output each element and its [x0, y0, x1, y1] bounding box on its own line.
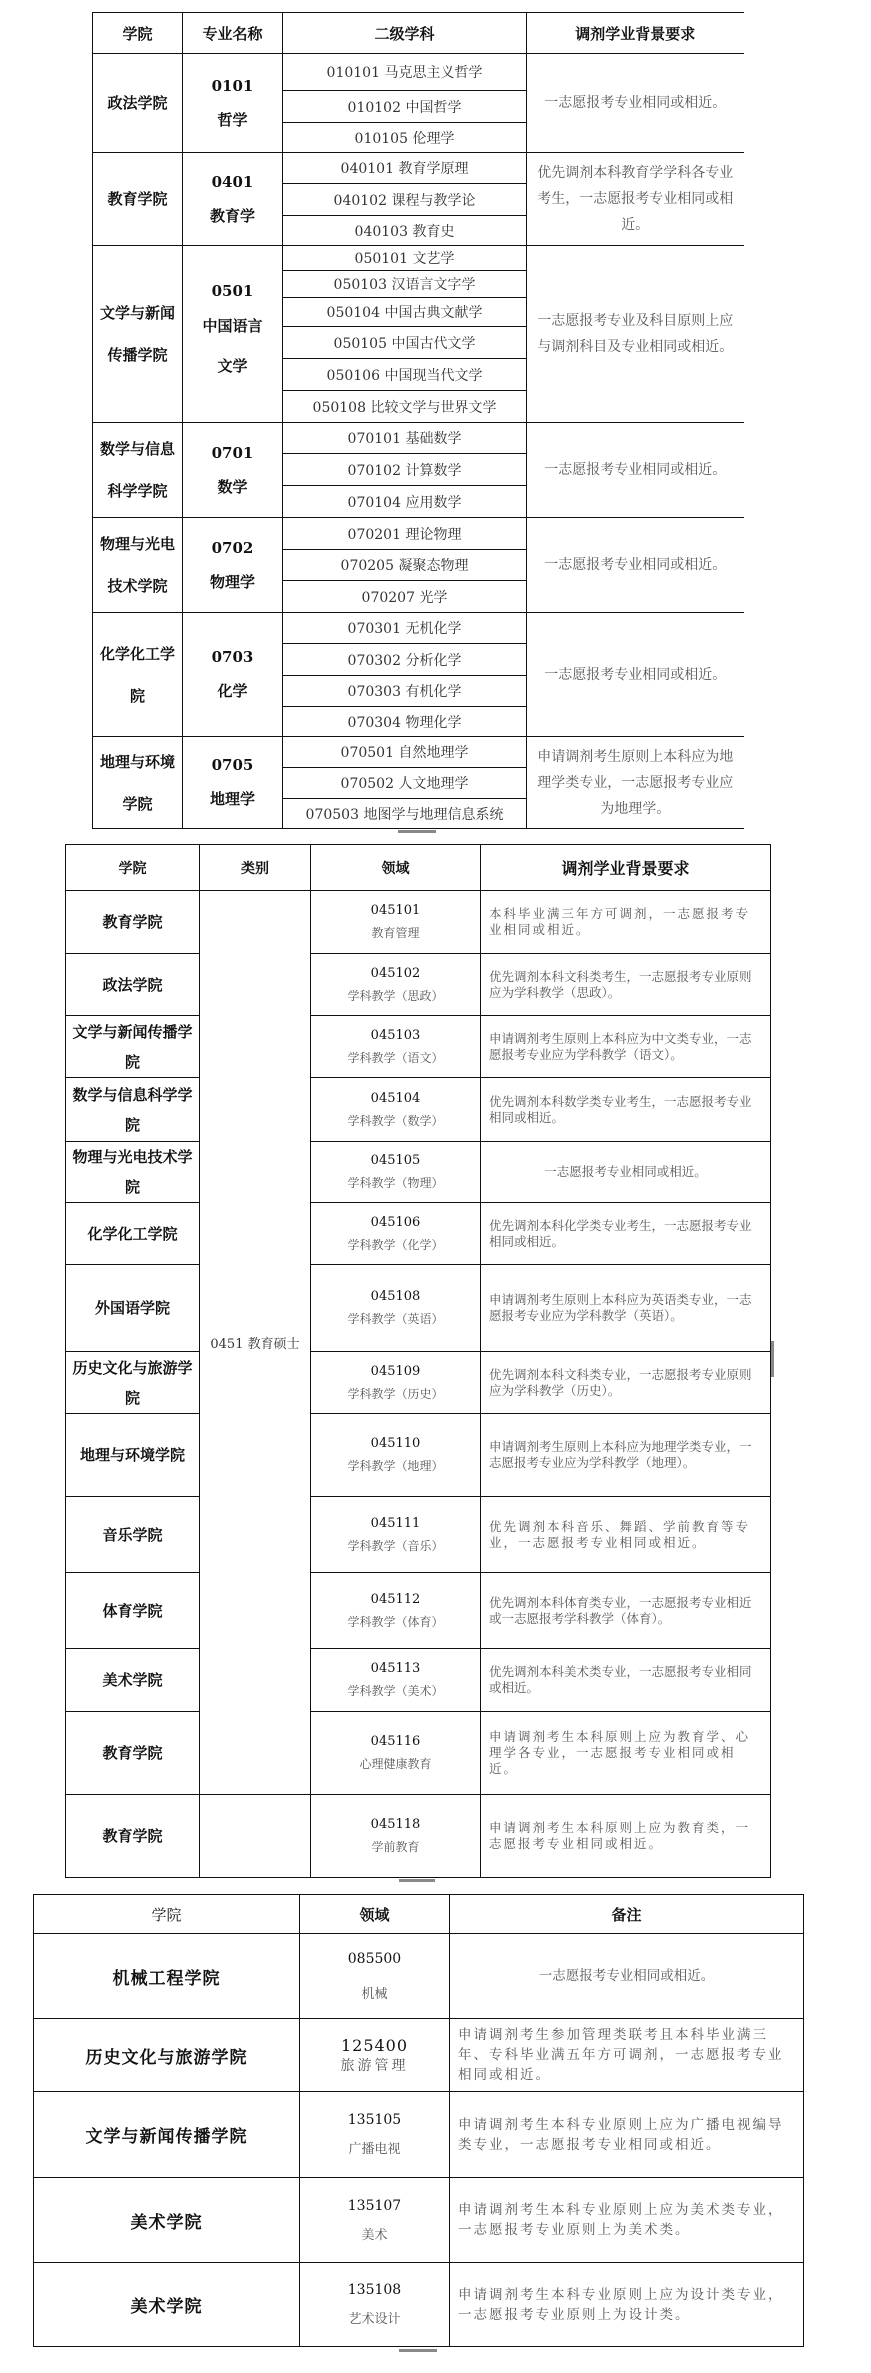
- requirement-cell: 一志愿报考专业相同或相近。: [527, 423, 744, 518]
- field-name: 学科教学（数学）: [311, 1112, 480, 1129]
- field-cell: 135105广播电视: [300, 2092, 450, 2178]
- field-cell: 045118学前教育: [311, 1795, 481, 1878]
- field-name: 学科教学（物理）: [311, 1174, 480, 1191]
- subdiscipline-cell: 070303 有机化学: [283, 676, 527, 707]
- subdiscipline-cell: 070503 地图学与地理信息系统: [283, 799, 527, 829]
- major-name: 中国语言文学: [183, 306, 282, 386]
- table-row: 政法学院 0101哲学 010101 马克思主义哲学 一志愿报考专业相同或相近。: [93, 54, 744, 91]
- college-cell: 教育学院: [93, 153, 183, 246]
- table-row: 地理与环境学院 045110学科教学（地理） 申请调剂考生原则上本科应为地理学类…: [66, 1414, 771, 1497]
- professional-master-table: 学院 领域 备注 机械工程学院 085500机械 一志愿报考专业相同或相近。 历…: [33, 1894, 804, 2347]
- field-name: 学科教学（化学）: [311, 1236, 480, 1253]
- requirement-cell: 优先调剂本科数学类专业考生，一志愿报考专业相同或相近。: [481, 1078, 771, 1142]
- header-major: 专业名称: [183, 13, 283, 54]
- note-cell: 申请调剂考生参加管理类联考且本科毕业满三年、专科毕业满五年方可调剂，一志愿报考专…: [450, 2019, 804, 2092]
- field-cell: 045111学科教学（音乐）: [311, 1497, 481, 1573]
- page-break-marker: [398, 830, 436, 833]
- subdiscipline-cell: 040102 课程与教学论: [283, 184, 527, 216]
- college-cell: 政法学院: [93, 54, 183, 153]
- table-row: 外国语学院 045108学科教学（英语） 申请调剂考生原则上本科应为英语类专业，…: [66, 1265, 771, 1352]
- table-row: 美术学院 045113学科教学（美术） 优先调剂本科美术类专业，一志愿报考专业相…: [66, 1649, 771, 1712]
- subdiscipline-cell: 070302 分析化学: [283, 644, 527, 676]
- table-row: 教育学院 0451 教育硕士 045101教育管理 本科毕业满三年方可调剂，一志…: [66, 891, 771, 954]
- field-code: 135105: [300, 2112, 449, 2128]
- field-name: 教育管理: [311, 924, 480, 941]
- major-cell: 0703化学: [183, 613, 283, 737]
- major-name: 数学: [183, 476, 282, 497]
- requirement-cell: 一志愿报考专业及科目原则上应与调剂科目及专业相同或相近。: [527, 246, 744, 423]
- field-code: 045105: [311, 1153, 480, 1168]
- subdiscipline-cell: 050101 文艺学: [283, 246, 527, 271]
- major-name: 教育学: [183, 205, 282, 226]
- college-cell: 美术学院: [66, 1649, 200, 1712]
- major-name: 哲学: [183, 109, 282, 130]
- field-cell: 045108学科教学（英语）: [311, 1265, 481, 1352]
- field-cell: 085500机械: [300, 1934, 450, 2019]
- table-header-row: 学院 专业名称 二级学科 调剂学业背景要求: [93, 13, 744, 54]
- subdiscipline-cell: 070205 凝聚态物理: [283, 550, 527, 581]
- field-name: 广播电视: [300, 2138, 449, 2157]
- field-code: 045112: [311, 1592, 480, 1607]
- college-cell: 机械工程学院: [34, 1934, 300, 2019]
- field-cell: 045113学科教学（美术）: [311, 1649, 481, 1712]
- major-name: 物理学: [183, 571, 282, 592]
- college-cell: 外国语学院: [66, 1265, 200, 1352]
- table-row: 数学与信息科学学院 0701数学 070101 基础数学 一志愿报考专业相同或相…: [93, 423, 744, 454]
- college-cell: 教育学院: [66, 1795, 200, 1878]
- college-cell: 数学与信息科学学院: [66, 1078, 200, 1142]
- subdiscipline-cell: 050108 比较文学与世界文学: [283, 391, 527, 423]
- note-cell: 一志愿报考专业相同或相近。: [450, 1934, 804, 2019]
- table-row: 化学化工学院 045106学科教学（化学） 优先调剂本科化学类专业考生，一志愿报…: [66, 1203, 771, 1265]
- major-cell: 0401教育学: [183, 153, 283, 246]
- subdiscipline-cell: 010101 马克思主义哲学: [283, 54, 527, 91]
- header-field: 领域: [300, 1895, 450, 1934]
- requirement-cell: 申请调剂考生本科原则上应为教育类，一志愿报考专业相同或相近。: [481, 1795, 771, 1878]
- college-cell: 美术学院: [34, 2178, 300, 2263]
- field-cell: 135107美术: [300, 2178, 450, 2263]
- header-category: 类别: [200, 845, 311, 891]
- requirement-cell: 优先调剂本科音乐、舞蹈、学前教育等专业，一志愿报考专业相同或相近。: [481, 1497, 771, 1573]
- major-cell: 0101哲学: [183, 54, 283, 153]
- field-cell: 045103学科教学（语文）: [311, 1016, 481, 1078]
- table-row: 体育学院 045112学科教学（体育） 优先调剂本科体育类专业，一志愿报考专业相…: [66, 1573, 771, 1649]
- field-name: 学科教学（英语）: [311, 1310, 480, 1327]
- major-code: 0501: [183, 282, 282, 300]
- college-cell: 文学与新闻传播学院: [66, 1016, 200, 1078]
- major-name: 化学: [183, 680, 282, 701]
- table-row: 文学与新闻传播学院 135105广播电视 申请调剂考生本科专业原则上应为广播电视…: [34, 2092, 804, 2178]
- field-code: 045118: [311, 1817, 480, 1832]
- requirement-cell: 优先调剂本科文科类考生，一志愿报考专业原则应为学科教学（思政）。: [481, 954, 771, 1016]
- college-cell: 体育学院: [66, 1573, 200, 1649]
- college-cell: 教育学院: [66, 1712, 200, 1795]
- major-code: 0705: [183, 756, 282, 774]
- field-code: 135108: [300, 2282, 449, 2298]
- note-cell: 申请调剂考生本科专业原则上应为美术类专业，一志愿报考专业原则上为美术类。: [450, 2178, 804, 2263]
- field-name: 学前教育: [311, 1838, 480, 1855]
- table-header-row: 学院 领域 备注: [34, 1895, 804, 1934]
- requirement-cell: 一志愿报考专业相同或相近。: [527, 54, 744, 153]
- college-cell: 文学与新闻传播学院: [34, 2092, 300, 2178]
- major-code: 0702: [183, 539, 282, 557]
- field-cell: 045110学科教学（地理）: [311, 1414, 481, 1497]
- header-field: 领域: [311, 845, 481, 891]
- requirement-cell: 优先调剂本科教育学学科各专业考生，一志愿报考专业相同或相近。: [527, 153, 744, 246]
- header-note: 备注: [450, 1895, 804, 1934]
- category-cell-empty: [200, 1795, 311, 1878]
- table-row: 文学与新闻传播学院 0501中国语言文学 050101 文艺学 一志愿报考专业及…: [93, 246, 744, 271]
- college-cell: 美术学院: [34, 2263, 300, 2347]
- college-cell: 政法学院: [66, 954, 200, 1016]
- subdiscipline-cell: 010102 中国哲学: [283, 91, 527, 123]
- field-cell: 045116心理健康教育: [311, 1712, 481, 1795]
- header-requirement: 调剂学业背景要求: [481, 845, 771, 891]
- header-college: 学院: [66, 845, 200, 891]
- subdiscipline-cell: 070501 自然地理学: [283, 737, 527, 768]
- requirement-cell: 申请调剂考生原则上本科应为英语类专业，一志愿报考专业应为学科教学（英语）。: [481, 1265, 771, 1352]
- requirement-cell: 一志愿报考专业相同或相近。: [527, 518, 744, 613]
- subdiscipline-cell: 070304 物理化学: [283, 707, 527, 737]
- field-code: 045110: [311, 1436, 480, 1451]
- education-master-table: 学院 类别 领域 调剂学业背景要求 教育学院 0451 教育硕士 045101教…: [65, 844, 771, 1878]
- field-name: 艺术设计: [300, 2308, 449, 2327]
- table-row: 物理与光电技术学院 045105学科教学（物理） 一志愿报考专业相同或相近。: [66, 1142, 771, 1203]
- table-header-row: 学院 类别 领域 调剂学业背景要求: [66, 845, 771, 891]
- table-row: 教育学院 0401教育学 040101 教育学原理 优先调剂本科教育学学科各专业…: [93, 153, 744, 184]
- requirement-cell: 一志愿报考专业相同或相近。: [481, 1142, 771, 1203]
- field-name: 学科教学（语文）: [311, 1049, 480, 1066]
- requirement-cell: 一志愿报考专业相同或相近。: [527, 613, 744, 737]
- table-row: 文学与新闻传播学院 045103学科教学（语文） 申请调剂考生原则上本科应为中文…: [66, 1016, 771, 1078]
- subdiscipline-cell: 070101 基础数学: [283, 423, 527, 454]
- field-cell: 045112学科教学（体育）: [311, 1573, 481, 1649]
- major-code: 0401: [183, 173, 282, 191]
- requirement-cell: 本科毕业满三年方可调剂，一志愿报考专业相同或相近。: [481, 891, 771, 954]
- college-cell: 数学与信息科学学院: [93, 423, 183, 518]
- field-name: 机械: [300, 1983, 449, 2002]
- note-cell: 申请调剂考生本科专业原则上应为广播电视编导类专业，一志愿报考专业相同或相近。: [450, 2092, 804, 2178]
- field-code: 045108: [311, 1289, 480, 1304]
- field-cell: 045104学科教学（数学）: [311, 1078, 481, 1142]
- field-cell: 045109学科教学（历史）: [311, 1352, 481, 1414]
- header-college: 学院: [93, 13, 183, 54]
- requirement-cell: 申请调剂考生原则上本科应为地理学类专业，一志愿报考专业应为地理学。: [527, 737, 744, 829]
- subdiscipline-cell: 070201 理论物理: [283, 518, 527, 550]
- table-row: 历史文化与旅游学院 045109学科教学（历史） 优先调剂本科文科类专业，一志愿…: [66, 1352, 771, 1414]
- college-cell: 化学化工学院: [93, 613, 183, 737]
- table-row: 美术学院 135107美术 申请调剂考生本科专业原则上应为美术类专业，一志愿报考…: [34, 2178, 804, 2263]
- subdiscipline-cell: 070102 计算数学: [283, 454, 527, 486]
- table-row: 地理与环境学院 0705地理学 070501 自然地理学 申请调剂考生原则上本科…: [93, 737, 744, 768]
- requirement-cell: 优先调剂本科美术类专业，一志愿报考专业相同或相近。: [481, 1649, 771, 1712]
- page-break-marker: [399, 1879, 435, 1882]
- table-row: 历史文化与旅游学院 125400旅游管理 申请调剂考生参加管理类联考且本科毕业满…: [34, 2019, 804, 2092]
- field-name: 旅游管理: [300, 2055, 449, 2075]
- major-code: 0703: [183, 648, 282, 666]
- field-cell: 045101教育管理: [311, 891, 481, 954]
- college-cell: 教育学院: [66, 891, 200, 954]
- table-row: 机械工程学院 085500机械 一志愿报考专业相同或相近。: [34, 1934, 804, 2019]
- field-name: 学科教学（音乐）: [311, 1537, 480, 1554]
- college-cell: 物理与光电技术学院: [93, 518, 183, 613]
- requirement-cell: 优先调剂本科文科类专业，一志愿报考专业原则应为学科教学（历史）。: [481, 1352, 771, 1414]
- subdiscipline-cell: 040101 教育学原理: [283, 153, 527, 184]
- major-name: 地理学: [183, 788, 282, 809]
- field-cell: 045106学科教学（化学）: [311, 1203, 481, 1265]
- requirement-cell: 申请调剂考生原则上本科应为中文类专业，一志愿报考专业应为学科教学（语文）。: [481, 1016, 771, 1078]
- field-name: 学科教学（体育）: [311, 1613, 480, 1630]
- subdiscipline-cell: 040103 教育史: [283, 216, 527, 246]
- field-cell: 135108艺术设计: [300, 2263, 450, 2347]
- college-cell: 历史文化与旅游学院: [66, 1352, 200, 1414]
- field-code: 085500: [300, 1951, 449, 1967]
- note-cell: 申请调剂考生本科专业原则上应为设计类专业，一志愿报考专业原则上为设计类。: [450, 2263, 804, 2347]
- college-cell: 音乐学院: [66, 1497, 200, 1573]
- requirement-cell: 申请调剂考生原则上本科应为地理学类专业，一志愿报考专业应为学科教学（地理）。: [481, 1414, 771, 1497]
- field-code: 045104: [311, 1091, 480, 1106]
- field-code: 045102: [311, 966, 480, 981]
- field-cell: 045105学科教学（物理）: [311, 1142, 481, 1203]
- table-row: 数学与信息科学学院 045104学科教学（数学） 优先调剂本科数学类专业考生，一…: [66, 1078, 771, 1142]
- field-name: 学科教学（美术）: [311, 1682, 480, 1699]
- field-name: 学科教学（地理）: [311, 1457, 480, 1474]
- subdiscipline-cell: 050104 中国古典文献学: [283, 298, 527, 327]
- table-row: 物理与光电技术学院 0702物理学 070201 理论物理 一志愿报考专业相同或…: [93, 518, 744, 550]
- subdiscipline-cell: 050103 汉语言文字学: [283, 271, 527, 298]
- major-cell: 0702物理学: [183, 518, 283, 613]
- table-row: 音乐学院 045111学科教学（音乐） 优先调剂本科音乐、舞蹈、学前教育等专业，…: [66, 1497, 771, 1573]
- subdiscipline-cell: 070207 光学: [283, 581, 527, 613]
- field-name: 学科教学（思政）: [311, 987, 480, 1004]
- table-row: 美术学院 135108艺术设计 申请调剂考生本科专业原则上应为设计类专业，一志愿…: [34, 2263, 804, 2347]
- major-cell: 0705地理学: [183, 737, 283, 829]
- requirement-cell: 优先调剂本科体育类专业，一志愿报考专业相近或一志愿报考学科教学（体育）。: [481, 1573, 771, 1649]
- field-code: 045103: [311, 1028, 480, 1043]
- field-name: 美术: [300, 2224, 449, 2243]
- field-cell: 125400旅游管理: [300, 2019, 450, 2092]
- major-code: 0701: [183, 444, 282, 462]
- college-cell: 历史文化与旅游学院: [34, 2019, 300, 2092]
- academic-master-table: 学院 专业名称 二级学科 调剂学业背景要求 政法学院 0101哲学 010101…: [92, 12, 744, 829]
- field-code: 135107: [300, 2198, 449, 2214]
- field-code: 045116: [311, 1734, 480, 1749]
- college-cell: 地理与环境学院: [93, 737, 183, 829]
- header-college: 学院: [34, 1895, 300, 1934]
- scroll-marker: [771, 1341, 774, 1377]
- major-cell: 0501中国语言文学: [183, 246, 283, 423]
- requirement-cell: 优先调剂本科化学类专业考生，一志愿报考专业相同或相近。: [481, 1203, 771, 1265]
- field-code: 125400: [300, 2036, 449, 2055]
- field-name: 心理健康教育: [311, 1755, 480, 1772]
- field-code: 045113: [311, 1661, 480, 1676]
- field-code: 045111: [311, 1516, 480, 1531]
- college-cell: 化学化工学院: [66, 1203, 200, 1265]
- table-row: 政法学院 045102学科教学（思政） 优先调剂本科文科类考生，一志愿报考专业原…: [66, 954, 771, 1016]
- header-requirement: 调剂学业背景要求: [527, 13, 744, 54]
- field-code: 045109: [311, 1364, 480, 1379]
- subdiscipline-cell: 010105 伦理学: [283, 123, 527, 153]
- field-cell: 045102学科教学（思政）: [311, 954, 481, 1016]
- major-cell: 0701数学: [183, 423, 283, 518]
- header-subdiscipline: 二级学科: [283, 13, 527, 54]
- subdiscipline-cell: 050106 中国现当代文学: [283, 359, 527, 391]
- college-cell: 物理与光电技术学院: [66, 1142, 200, 1203]
- subdiscipline-cell: 070104 应用数学: [283, 486, 527, 518]
- category-cell: 0451 教育硕士: [200, 891, 311, 1795]
- field-name: 学科教学（历史）: [311, 1385, 480, 1402]
- table-row: 教育学院 045118学前教育 申请调剂考生本科原则上应为教育类，一志愿报考专业…: [66, 1795, 771, 1878]
- college-cell: 地理与环境学院: [66, 1414, 200, 1497]
- table-row: 化学化工学院 0703化学 070301 无机化学 一志愿报考专业相同或相近。: [93, 613, 744, 644]
- field-code: 045106: [311, 1215, 480, 1230]
- major-code: 0101: [183, 77, 282, 95]
- college-cell: 文学与新闻传播学院: [93, 246, 183, 423]
- requirement-cell: 申请调剂考生本科原则上应为教育学、心理学各专业，一志愿报考专业相同或相近。: [481, 1712, 771, 1795]
- table-row: 教育学院 045116心理健康教育 申请调剂考生本科原则上应为教育学、心理学各专…: [66, 1712, 771, 1795]
- field-code: 045101: [311, 903, 480, 918]
- subdiscipline-cell: 050105 中国古代文学: [283, 327, 527, 359]
- page-break-marker: [399, 2349, 437, 2352]
- subdiscipline-cell: 070301 无机化学: [283, 613, 527, 644]
- subdiscipline-cell: 070502 人文地理学: [283, 768, 527, 799]
